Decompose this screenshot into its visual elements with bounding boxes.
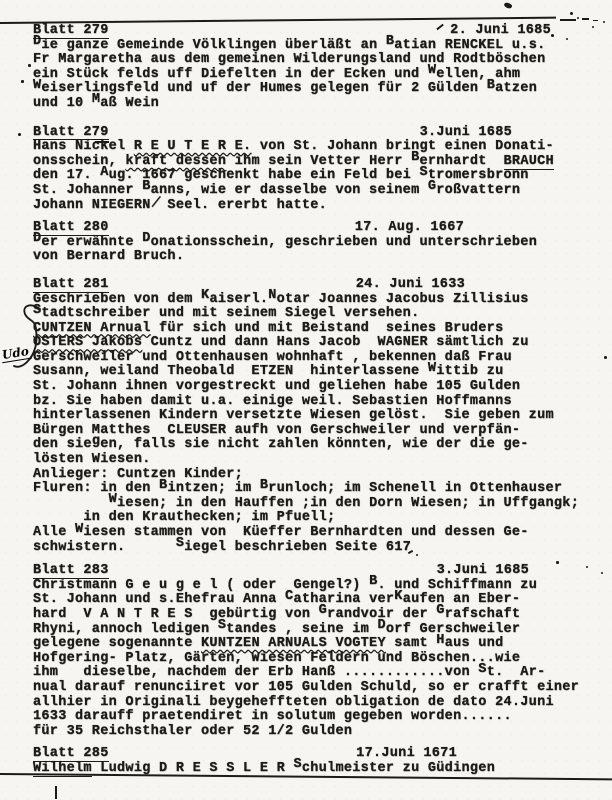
ink-speck xyxy=(603,21,605,23)
blatt-label: Blatt 285 xyxy=(33,747,109,762)
text-line: und 10 Maß Wein xyxy=(33,97,589,112)
text-line: Christmann G e u g e l ( oder Gengel?) B… xyxy=(33,579,589,594)
text-line: Hans Nickel R E U T E R E. von St. Johan… xyxy=(33,140,589,155)
entry-block: Blatt 28017. Aug. 1667Der erwähnte Donat… xyxy=(33,221,589,265)
text-line: Stadtschreiber und mit seinem Siegel ver… xyxy=(33,307,589,322)
ink-speck xyxy=(593,20,598,22)
entry-date: 17.Juni 1671 xyxy=(356,747,457,762)
text-line: St. Johann und s.Ehefrau Anna Catharina … xyxy=(33,593,589,608)
text-line: hard V A N T R E S gebürtig von Grandvoi… xyxy=(33,608,589,623)
ink-speck xyxy=(551,34,554,37)
text-line: lösten Wiesen. xyxy=(33,453,589,468)
text-line: von Bernard Bruch. xyxy=(33,250,589,265)
entry-block: Blatt 2792. Juni 1685Die ganze Gemeinde … xyxy=(33,24,589,112)
ink-speck xyxy=(95,141,109,143)
text-line: Der erwähnte Donationsschein, geschriebe… xyxy=(33,236,589,251)
blatt-label: Blatt 279 xyxy=(33,24,109,39)
entry-header: Blatt 28517.Juni 1671 xyxy=(33,747,589,762)
entry-block: Blatt 2793.Juni 1685Hans Nickel R E U T … xyxy=(33,126,589,214)
text-line: allhier in Originali beygeheffteten obli… xyxy=(33,696,589,711)
entry-date: 2. Juni 1685 xyxy=(450,24,551,39)
text-line: für 35 Reichsthaler oder 52 1/2 Gulden xyxy=(33,725,589,740)
text-line: ihm dieselbe, nachdem der Erb Hanß .....… xyxy=(33,666,589,681)
brace-icon xyxy=(4,302,50,374)
text-line: schwistern. Siegel beschrieben Seite 617 xyxy=(33,541,589,556)
text-line: Susann, weiland Theobald ETZEN hinterlas… xyxy=(33,365,589,380)
text-line: onsschein, kraft dessen ihm sein Vetter … xyxy=(33,155,589,170)
ink-speck xyxy=(18,133,21,136)
entry-date: 3.Juni 1685 xyxy=(437,564,529,579)
document-body: Blatt 2792. Juni 1685Die ganze Gemeinde … xyxy=(33,24,589,787)
text-line: Rhyni, annoch ledigen Standes , seine im… xyxy=(33,623,589,638)
text-line: Weiserlingsfeld und uf der Humes gelegen… xyxy=(33,82,589,97)
text-line: Gerschweiler und Ottenhausen wohnhaft , … xyxy=(33,351,589,366)
entry-header: Blatt 2833.Juni 1685 xyxy=(33,564,589,579)
text-line: gelegene sogenannte KUNTZEN ARNUALS VOGT… xyxy=(33,637,589,652)
text-line: nual darauf renunciiret vor 105 Gulden S… xyxy=(33,681,589,696)
text-line: Alle Wiesen stammen von Küeffer Bernhard… xyxy=(33,526,589,541)
text-line: Wiesen; in den Hauffen ;in den Dorn Wies… xyxy=(33,497,589,512)
text-line: St. Johann ihnen vorgestreckt und gelieh… xyxy=(33,380,589,395)
ink-speck xyxy=(570,12,573,15)
ink-speck xyxy=(503,2,512,10)
ink-speck xyxy=(560,19,576,21)
ink-speck xyxy=(577,17,579,19)
entry-header: Blatt 28124. Juni 1633 xyxy=(33,278,589,293)
entry-date: 3.Juni 1685 xyxy=(420,126,512,141)
ink-speck xyxy=(21,80,24,83)
text-line: Fr Margaretha aus dem gemeinen Wilderung… xyxy=(33,53,589,68)
ink-speck xyxy=(586,566,588,568)
text-line: Bürgen Matthes CLEUSER aufh von Gerschwe… xyxy=(33,424,589,439)
text-line: Die ganze Gemeinde Völklingen überläßt a… xyxy=(33,39,589,54)
ink-speck xyxy=(556,561,559,564)
text-line: OSTERS Jakobs Cuntz und dann Hans Jacob … xyxy=(33,336,589,351)
ink-speck xyxy=(604,356,607,359)
text-line: Anlieger: Cuntzen Kinder; xyxy=(33,468,589,483)
ink-speck xyxy=(582,18,589,20)
text-line: 1633 darauff praetendiret in solutum geg… xyxy=(33,710,589,725)
text-line: den siegen, falls sie nicht zahlen könnt… xyxy=(33,438,589,453)
text-line: Hofgering- Platz, Gärten, Wiesen Feldern… xyxy=(33,652,589,667)
text-line: Geschrieben von dem Kaiserl.Notar Joanne… xyxy=(33,293,589,308)
entry-block: Blatt 28517.Juni 1671Wilhelm Ludwig D R … xyxy=(33,747,589,776)
text-line: ein Stück felds uff Diefelten in der Eck… xyxy=(33,68,589,83)
entry-date: 24. Juni 1633 xyxy=(356,278,465,293)
entry-header: Blatt 28017. Aug. 1667 xyxy=(33,221,589,236)
text-line: Wilhelm Ludwig D R E S S L E R Schulmeis… xyxy=(33,762,589,777)
blatt-label: Blatt 280 xyxy=(33,221,109,236)
blatt-label: Blatt 279 xyxy=(33,126,109,141)
entry-date: 17. Aug. 1667 xyxy=(355,221,464,236)
text-line: den 17. Aug. 1667 geschenkt habe ein Fel… xyxy=(33,169,589,184)
text-line: Johann NIEGERN/ Seel. ererbt hatte. xyxy=(33,199,589,214)
blatt-label: Blatt 281 xyxy=(33,278,109,293)
ink-speck xyxy=(592,26,594,28)
ink-speck xyxy=(601,572,603,574)
ink-speck xyxy=(416,554,418,556)
ink-speck xyxy=(28,64,31,67)
text-line: hinterlassenen Kindern versetzte Wiesen … xyxy=(33,409,589,424)
text-line: in den Krauthecken; im Pfuell; xyxy=(33,511,589,526)
text-line: bz. Sie haben damit u.a. einige weil. Se… xyxy=(33,395,589,410)
entry-header: Blatt 2792. Juni 1685 xyxy=(33,24,589,39)
entry-block: Blatt 28124. Juni 1633Geschrieben von de… xyxy=(33,278,589,555)
blatt-label: Blatt 283 xyxy=(33,564,109,579)
text-line: St. Johanner Banns, wie er dasselbe von … xyxy=(33,184,589,199)
scanned-page: Blatt 2792. Juni 1685Die ganze Gemeinde … xyxy=(0,0,612,800)
entry-header: Blatt 2793.Juni 1685 xyxy=(33,126,589,141)
text-line: CUNTZEN Arnual für sich und mit Beistand… xyxy=(33,322,589,337)
ink-speck xyxy=(566,38,568,40)
entry-block: Blatt 2833.Juni 1685Christmann G e u g e… xyxy=(33,564,589,739)
margin-annotation: Udo xyxy=(0,302,54,382)
ink-speck xyxy=(55,786,57,799)
